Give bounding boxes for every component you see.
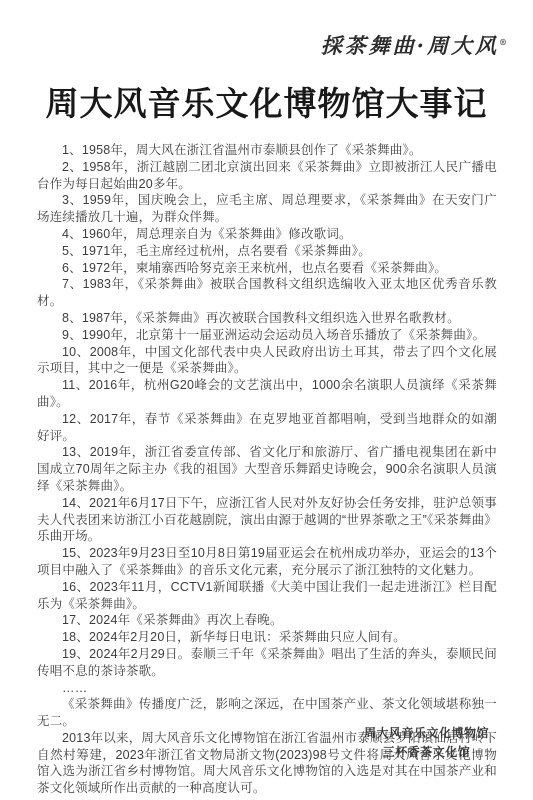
timeline-ellipsis: …… <box>37 680 497 697</box>
timeline-item: 4、1960年，周总理亲自为《采茶舞曲》修改歌词。 <box>37 226 497 243</box>
timeline-item: 7、1983年，《采茶舞曲》被联合国教科文组织选编收入亚太地区优秀音乐教材。 <box>37 276 497 310</box>
timeline-item: 5、1971年，毛主席经过杭州，点名要看《采茶舞曲》。 <box>37 243 497 260</box>
timeline-item: 1、1958年，周大风在浙江省温州市泰顺县创作了《采茶舞曲》。 <box>37 142 497 159</box>
timeline-item: 3、1959年，国庆晚会上，应毛主席、周总理要求，《采茶舞曲》在天安门广场连续播… <box>37 192 497 226</box>
timeline-body: 1、1958年，周大风在浙江省温州市泰顺县创作了《采茶舞曲》。 2、1958年，… <box>37 142 497 797</box>
timeline-item: 17、2024年《采茶舞曲》再次上春晚。 <box>37 612 497 629</box>
brand-calligraphy: 採茶舞曲·周大风® <box>321 30 507 60</box>
timeline-item: 14、2021年6月17日下午，应浙江省人民对外友好协会任务安排，驻沪总领事夫人… <box>37 495 497 545</box>
timeline-item: 13、2019年，浙江省委宣传部、省文化厅和旅游厅、省广播电视集团在新中国成立7… <box>37 444 497 494</box>
registered-trademark-icon: ® <box>499 37 507 47</box>
page-title: 周大风音乐文化博物馆大事记 <box>0 78 533 125</box>
brand-calligraphy-text: 採茶舞曲·周大风 <box>321 33 499 58</box>
timeline-item: 19、2024年2月29日。泰顺三千年《采茶舞曲》唱出了生活的奔头，泰顺民间传唱… <box>37 646 497 680</box>
timeline-item: 18、2024年2月20日，新华每日电讯：采茶舞曲只应人间有。 <box>37 629 497 646</box>
timeline-item: 11、2016年，杭州G20峰会的文艺演出中，1000余名演职人员演绎《采茶舞曲… <box>37 377 497 411</box>
timeline-item: 6、1972年，柬埔寨西哈努克亲王来杭州，也点名要看《采茶舞曲》。 <box>37 260 497 277</box>
signature-line-tea-hall: 三杯香茶文化馆 <box>364 743 489 762</box>
timeline-item: 12、2017年，春节《采茶舞曲》在克罗地亚首都唱响，受到当地群众的如潮好评。 <box>37 411 497 445</box>
timeline-item: 10、2008年，中国文化部代表中央人民政府出访土耳其，带去了四个文化展示项目，… <box>37 344 497 378</box>
signature-line-museum: 周大风音乐文化博物馆 <box>364 724 489 743</box>
timeline-item: 16、2023年11月，CCTV1新闻联播《大美中国让我们一起走进浙江》栏目配乐… <box>37 579 497 613</box>
signature-block: 周大风音乐文化博物馆 三杯香茶文化馆 <box>364 724 489 762</box>
timeline-item: 2、1958年，浙江越剧二团北京演出回来《采茶舞曲》立即被浙江人民广播电台作为每… <box>37 159 497 193</box>
timeline-item: 9、1990年，北京第十一届亚洲运动会运动员入场音乐播放了《采茶舞曲》。 <box>37 327 497 344</box>
document-page: 採茶舞曲·周大风® 周大风音乐文化博物馆大事记 1、1958年，周大风在浙江省温… <box>0 0 533 800</box>
timeline-item: 15、2023年9月23日至10月8日第19届亚运会在杭州成功举办，亚运会的13… <box>37 545 497 579</box>
timeline-item: 8、1987年，《采茶舞曲》再次被联合国教科文组织选入世界名歌教材。 <box>37 310 497 327</box>
